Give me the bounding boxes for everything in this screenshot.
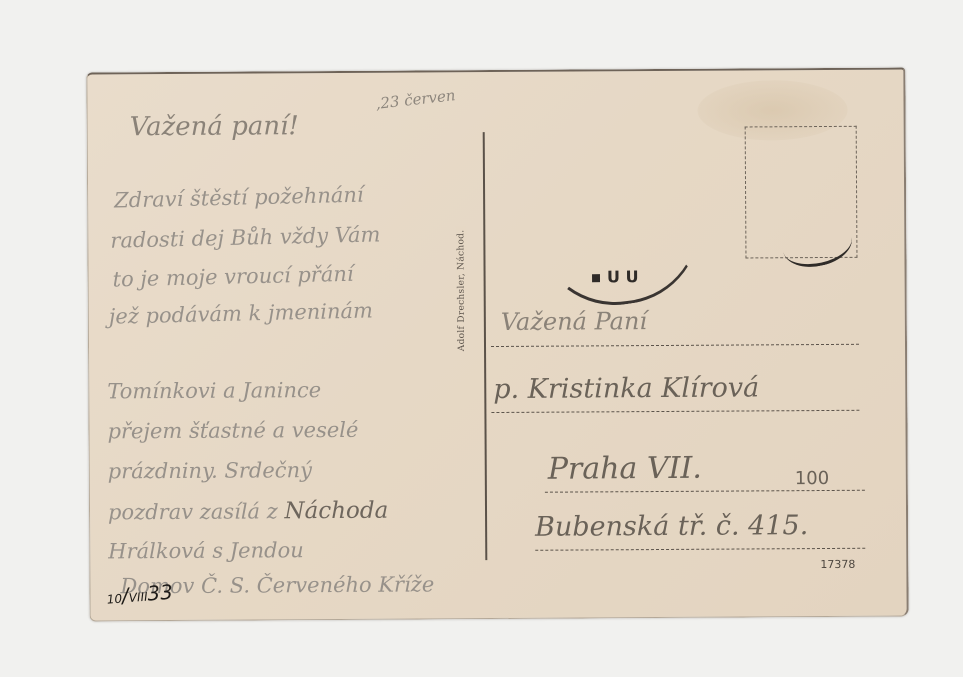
address-line: p. Kristinka Klírová [493, 372, 759, 405]
message-line: Tomínkovi a Janince [107, 378, 321, 403]
archive-day: 10 [106, 592, 122, 607]
postal-note: 100 [795, 468, 829, 489]
message-line: přejem šťastné a veselé [107, 418, 358, 444]
message-line: prázdniny. Srdečný [108, 458, 312, 483]
address-line: Praha VII. [548, 451, 702, 487]
postcard: ,23 červen Važená paní! Zdraví štěstí po… [86, 68, 908, 622]
stamp-area [745, 126, 858, 259]
center-divider [483, 132, 487, 560]
message-line: to je moje vroucí přání [112, 262, 354, 292]
archive-month: VIII [128, 590, 148, 605]
address-rule [491, 344, 859, 347]
postmark-fragment: ▪ ᑌ ᑌ [591, 267, 639, 286]
address-line: Bubenská tř. č. 415. [535, 510, 808, 543]
message-line: jež podávám k jmeninám [109, 298, 374, 328]
archive-year: 33 [146, 580, 173, 606]
address-line: Važená Paní [501, 307, 647, 336]
cancellation-mark [779, 216, 857, 273]
message-line: Hrálková s Jendou [108, 538, 304, 563]
publisher-imprint: Adolf Drechsler, Náchod. [456, 227, 467, 355]
date-note: ,23 červen [375, 86, 457, 113]
address-rule [545, 490, 865, 493]
address-rule [535, 548, 865, 551]
address-rule [491, 410, 859, 413]
message-line: Zdraví štěstí požehnání [114, 183, 364, 213]
place-name: Náchoda [284, 498, 388, 525]
postmark [535, 210, 710, 316]
catalog-number: 17378 [820, 558, 855, 571]
message-line: pozdrav zasílá z Náchoda [108, 498, 388, 526]
archive-date-mark: 10/VIII33 [106, 580, 174, 609]
message-greeting: Važená paní! [130, 111, 299, 142]
message-line: radosti dej Bůh vždy Vám [110, 222, 381, 252]
